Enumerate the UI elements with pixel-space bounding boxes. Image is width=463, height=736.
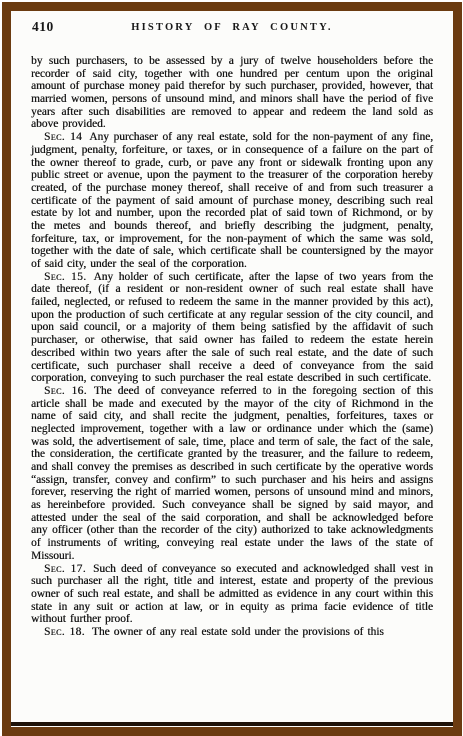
- scanned-book-page: 410 HISTORY OF RAY COUNTY. by such purch…: [0, 0, 463, 736]
- section-label: Sec. 15.: [44, 271, 86, 283]
- section-label: Sec. 17.: [44, 563, 86, 575]
- page-number: 410: [32, 19, 54, 35]
- page-header-row: 410 HISTORY OF RAY COUNTY.: [31, 11, 433, 34]
- paragraph-text: Such deed of conveyance so executed and …: [31, 563, 433, 626]
- paragraph-sec-14: Sec. 14Any purchaser of any real estate,…: [31, 131, 433, 271]
- section-label: Sec. 16.: [44, 385, 87, 397]
- section-label: Sec. 14: [44, 131, 82, 143]
- paragraph-text: by such purchasers, to be assessed by a …: [31, 55, 433, 130]
- paragraph-sec-16: Sec. 16.The deed of conveyance referred …: [31, 385, 433, 563]
- paragraph-text: The deed of conveyance referred to in th…: [31, 385, 433, 562]
- paragraph-continuation: by such purchasers, to be assessed by a …: [31, 55, 433, 131]
- page-bottom-edge-line: [11, 722, 453, 726]
- paragraph-sec-17: Sec. 17.Such deed of conveyance so execu…: [31, 563, 433, 626]
- paragraph-text: Any purchaser of any real estate, sold f…: [31, 131, 433, 270]
- page-body: 410 HISTORY OF RAY COUNTY. by such purch…: [11, 11, 453, 722]
- paragraph-sec-18: Sec. 18.The owner of any real estate sol…: [31, 626, 433, 639]
- text-block: by such purchasers, to be assessed by a …: [31, 55, 433, 639]
- paragraph-sec-15: Sec. 15.Any holder of such certificate, …: [31, 271, 433, 385]
- section-label: Sec. 18.: [44, 626, 85, 638]
- page-title: HISTORY OF RAY COUNTY.: [31, 20, 433, 33]
- paragraph-text: The owner of any real estate sold under …: [92, 626, 384, 638]
- paragraph-text: Any holder of such certificate, after th…: [31, 271, 433, 385]
